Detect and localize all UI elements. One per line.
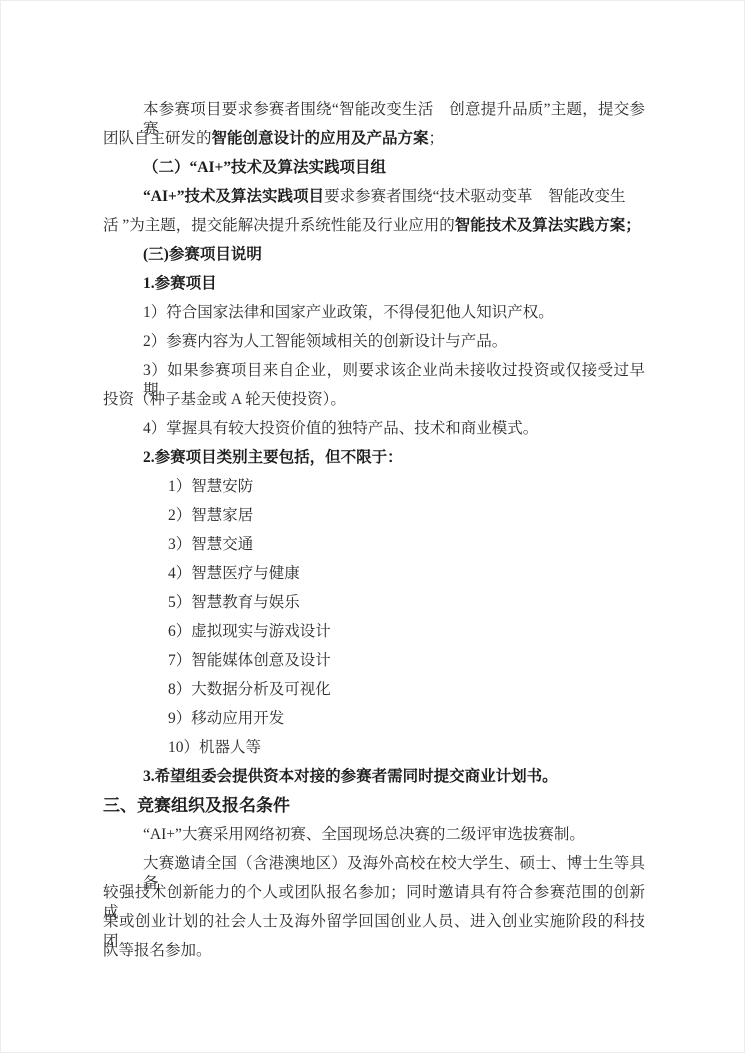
bold-text-run: 3.希望组委会提供资本对接的参赛者需同时提交商业计划书。: [143, 768, 558, 785]
text-run: 要求参赛者围绕“技术驱动变革 智能改变生: [324, 188, 625, 205]
text-line: 队等报名参加。: [103, 941, 645, 961]
bold-text-run: 1.参赛项目: [143, 275, 217, 292]
bold-text-run: “AI+”技术及算法实践项目: [143, 188, 324, 205]
text-line: (三)参赛项目说明: [143, 245, 645, 265]
text-line: 团队自主研发的智能创意设计的应用及产品方案；: [103, 129, 645, 149]
bold-text-run: （二）“AI+”技术及算法实践项目组: [143, 159, 386, 176]
text-line: （二）“AI+”技术及算法实践项目组: [143, 158, 645, 178]
text-run: 团队自主研发的: [103, 130, 212, 147]
text-line: 3.希望组委会提供资本对接的参赛者需同时提交商业计划书。: [143, 767, 645, 787]
text-line: 3）智慧交通: [168, 535, 645, 555]
text-run: 2）参赛内容为人工智能领域相关的创新设计与产品。: [143, 333, 507, 350]
document-page: 本参赛项目要求参赛者围绕“智能改变生活 创意提升品质”主题，提交参赛团队自主研发…: [0, 0, 745, 1053]
text-line: 2.参赛项目类别主要包括，但不限于：: [143, 448, 645, 468]
text-run: 投资（种子基金或 A 轮天使投资）。: [103, 391, 346, 408]
bold-text-run: 三、竞赛组织及报名条件: [103, 796, 290, 815]
section-heading: 三、竞赛组织及报名条件: [103, 796, 645, 816]
text-run: 1）符合国家法律和国家产业政策，不得侵犯他人知识产权。: [143, 304, 554, 321]
text-run: 10）机器人等: [168, 739, 261, 756]
text-line: 4）掌握具有较大投资价值的独特产品、技术和商业模式。: [143, 419, 645, 439]
text-line: 1）智慧安防: [168, 477, 645, 497]
text-line: 1.参赛项目: [143, 274, 645, 294]
text-run: 7）智能媒体创意及设计: [168, 652, 331, 669]
bold-text-run: (三)参赛项目说明: [143, 246, 262, 263]
text-run: 8）大数据分析及可视化: [168, 681, 331, 698]
text-line: 5）智慧教育与娱乐: [168, 593, 645, 613]
text-line: 4）智慧医疗与健康: [168, 564, 645, 584]
text-run: 2）智慧家居: [168, 507, 253, 524]
text-run: 5）智慧教育与娱乐: [168, 594, 300, 611]
text-line: 活 ”为主题，提交能解决提升系统性能及行业应用的智能技术及算法实践方案；: [103, 216, 645, 236]
text-run: 活 ”为主题，提交能解决提升系统性能及行业应用的: [103, 217, 455, 234]
text-line: 8）大数据分析及可视化: [168, 680, 645, 700]
text-run: 4）智慧医疗与健康: [168, 565, 300, 582]
text-line: 投资（种子基金或 A 轮天使投资）。: [103, 390, 645, 410]
text-run: ；: [429, 130, 445, 147]
text-line: “AI+”技术及算法实践项目要求参赛者围绕“技术驱动变革 智能改变生: [143, 187, 645, 207]
text-line: 2）参赛内容为人工智能领域相关的创新设计与产品。: [143, 332, 645, 352]
bold-text-run: 智能技术及算法实践方案；: [455, 217, 641, 234]
text-line: 2）智慧家居: [168, 506, 645, 526]
text-run: 6）虚拟现实与游戏设计: [168, 623, 331, 640]
text-run: 4）掌握具有较大投资价值的独特产品、技术和商业模式。: [143, 420, 538, 437]
text-line: “AI+”大赛采用网络初赛、全国现场总决赛的二级评审选拔赛制。: [143, 825, 645, 845]
text-run: 9）移动应用开发: [168, 710, 284, 727]
text-run: 队等报名参加。: [103, 942, 212, 959]
text-line: 9）移动应用开发: [168, 709, 645, 729]
text-line: 1）符合国家法律和国家产业政策，不得侵犯他人知识产权。: [143, 303, 645, 323]
bold-text-run: 智能创意设计的应用及产品方案: [212, 130, 429, 147]
text-line: 7）智能媒体创意及设计: [168, 651, 645, 671]
text-line: 10）机器人等: [168, 738, 645, 758]
bold-text-run: 2.参赛项目类别主要包括，但不限于：: [143, 449, 403, 466]
text-line: 6）虚拟现实与游戏设计: [168, 622, 645, 642]
text-run: 1）智慧安防: [168, 478, 253, 495]
text-run: 3）智慧交通: [168, 536, 253, 553]
text-run: “AI+”大赛采用网络初赛、全国现场总决赛的二级评审选拔赛制。: [143, 826, 585, 843]
